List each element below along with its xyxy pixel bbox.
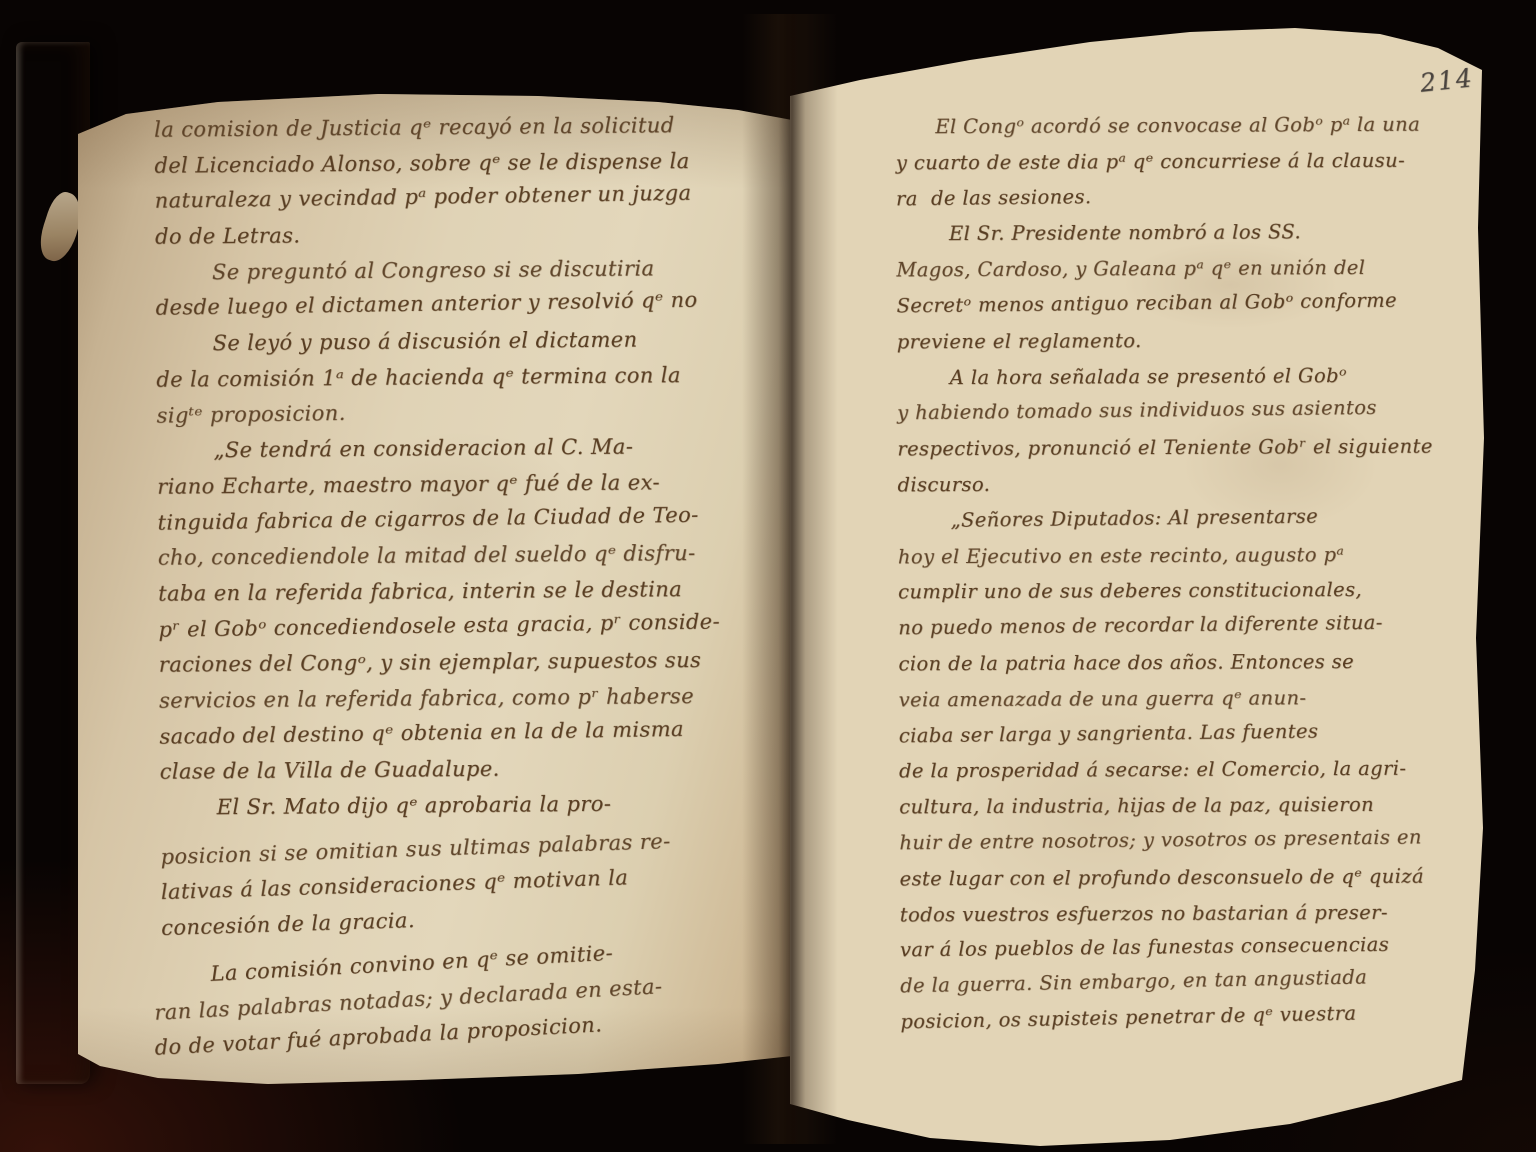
manuscript-line: do de Letras. [155,214,775,255]
manuscript-line: este lugar con el profundo desconsuelo d… [900,858,1420,897]
manuscript-line: naturaleza y vecindad pᵃ poder obtener u… [154,175,774,220]
manuscript-photo: la comision de Justicia qᵉ recayó en la … [0,0,1536,1152]
manuscript-line: desde luego el dictamen anterior y resol… [155,282,775,327]
left-page-text: la comision de Justicia qᵉ recayó en la … [154,107,782,1040]
manuscript-line: „Se tendrá en consideracion al C. Ma- [157,428,777,469]
manuscript-line: El Sr. Presidente nombró a los SS. [896,214,1416,253]
manuscript-line: de la prosperidad á secarse: el Comercio… [899,751,1419,790]
manuscript-line: respectivos, pronunció el Teniente Gobʳ … [897,429,1417,468]
manuscript-line: y cuarto de este dia pᵃ qᵉ concurriese á… [896,142,1416,181]
manuscript-line: Se leyó y puso á discusión el dictamen [156,321,776,362]
manuscript-line: El Congᵒ acordó se convocase al Gobᵒ pᵃ … [896,107,1416,146]
manuscript-line: no puedo menos de recordar la diferente … [898,605,1418,647]
manuscript-line: ciaba ser larga y sangrienta. Las fuente… [899,712,1419,754]
manuscript-line: ra de las sesiones. [896,175,1416,217]
manuscript-line: hoy el Ejecutivo en este recinto, august… [898,536,1418,575]
manuscript-line: veia amenazada de una guerra qᵉ anun- [899,679,1419,718]
manuscript-line: y habiendo tomado sus individuos sus asi… [897,390,1417,432]
manuscript-line: previene el reglamento. [897,321,1417,360]
manuscript-line: raciones del Congᵒ, y sin ejemplar, supu… [159,643,779,684]
manuscript-line: cho, concediendole la mitad del sueldo q… [158,536,778,577]
manuscript-line: Secretᵒ menos antiguo reciban al Gobᵒ co… [896,282,1416,324]
right-page-text: El Congᵒ acordó se convocase al Gobᵒ pᵃ … [896,107,1421,1040]
manuscript-line: clase de la Villa de Guadalupe. [160,750,780,791]
folio-number: 214 [1419,63,1475,97]
manuscript-line: cion de la patria hace dos años. Entonce… [898,644,1418,683]
manuscript-line: „Señores Diputados: Al presentarse [898,497,1418,539]
manuscript-line: huir de entre nosotros; y vosotros os pr… [899,819,1419,861]
manuscript-line: El Sr. Mato dijo qᵉ aprobaria la pro- [160,785,780,826]
manuscript-line: la comision de Justicia qᵉ recayó en la … [154,107,774,148]
